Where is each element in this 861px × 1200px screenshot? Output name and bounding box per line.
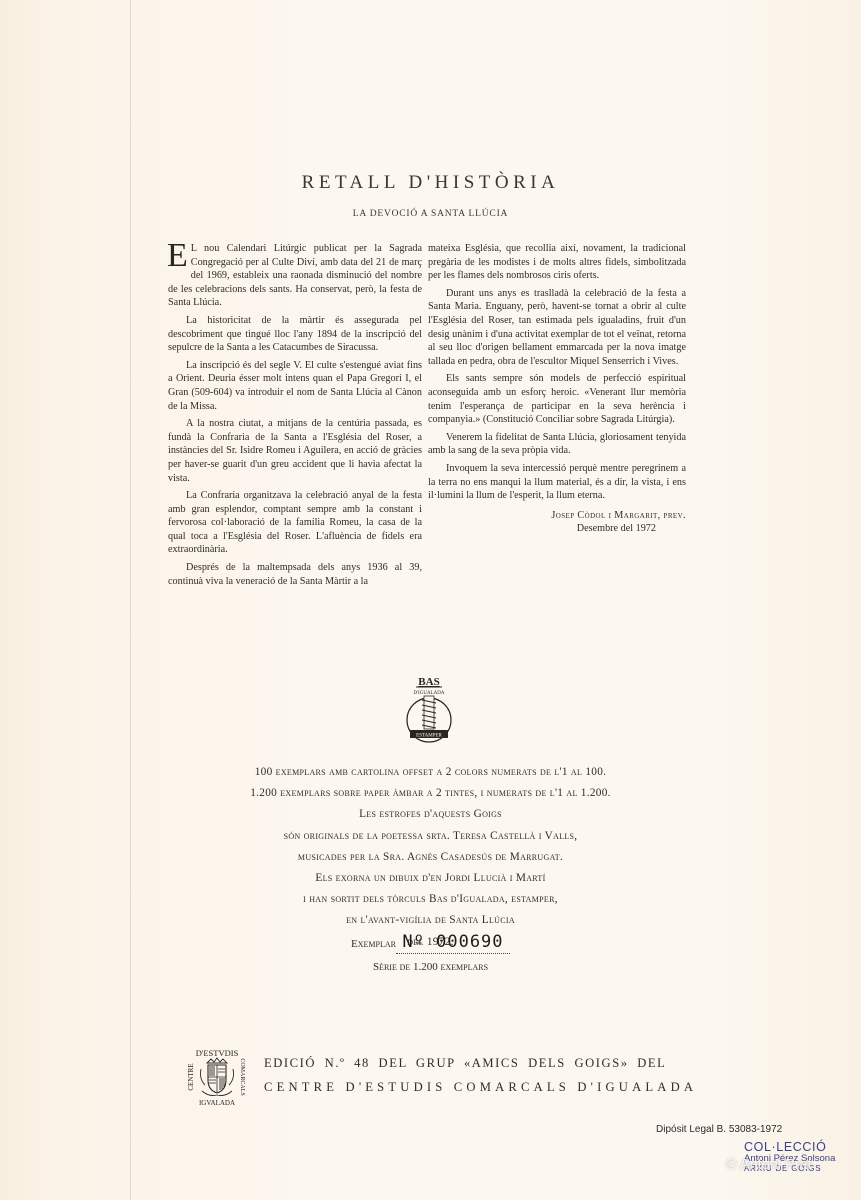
svg-text:CENTRE: CENTRE <box>187 1063 195 1090</box>
printing-press-screw-icon: BAS D'IGUALADA ESTAMPER <box>402 674 456 746</box>
article-paragraph: Invoquem la seva intercessió perquè ment… <box>428 462 686 503</box>
svg-text:ESTAMPER: ESTAMPER <box>416 734 442 739</box>
drop-cap-letter: E <box>167 242 188 270</box>
article-paragraph: mateixa Església, que recollia així, nov… <box>428 242 686 283</box>
svg-text:COMARCALS: COMARCALS <box>239 1058 245 1095</box>
colophon-line: Els exorna un dibuix d'en Jordi Llucià i… <box>0 868 861 889</box>
colophon: 100 exemplars amb cartolina offset a 2 c… <box>0 762 861 953</box>
article-paragraph: Els sants sempre són models de perfecció… <box>428 372 686 426</box>
edition-line: EDICIÓ N.º 48 DEL GRUP «AMICS DELS GOIGS… <box>264 1056 697 1071</box>
coat-of-arms-icon: D'ESTVDIS IGVALADA CENTRE COMARCALS <box>187 1047 247 1107</box>
printer-press-logo: BAS D'IGUALADA ESTAMPER <box>402 674 456 746</box>
article-paragraph: La Confraria organitzava la celebració a… <box>168 489 422 557</box>
svg-text:D'ESTVDIS: D'ESTVDIS <box>196 1048 239 1058</box>
stamp-line: COL·LECCIÓ <box>744 1140 835 1154</box>
author-signature: Josep Còdol i Margarit, prev. <box>428 509 686 523</box>
article-paragraph: Durant uns anys es traslladà la celebrac… <box>428 287 686 369</box>
signature-date: Desembre del 1972 <box>428 522 656 536</box>
article-paragraph: La inscripció és del segle V. El culte s… <box>168 359 422 413</box>
article-paragraph: Després de la maltempsada dels anys 1936… <box>168 561 422 588</box>
edition-notice: EDICIÓ N.º 48 DEL GRUP «AMICS DELS GOIGS… <box>264 1056 697 1095</box>
exemplar-number-row: ExemplarNº 000690 <box>0 932 861 954</box>
colophon-line: en l'avant-vigília de Santa Llúcia <box>0 910 861 931</box>
colophon-line: Les estrofes d'aquests Goigs <box>0 804 861 825</box>
article-paragraph: La historicitat de la màrtir és assegura… <box>168 314 422 355</box>
centre-estudis-emblem: D'ESTVDIS IGVALADA CENTRE COMARCALS <box>187 1047 247 1107</box>
svg-text:IGVALADA: IGVALADA <box>199 1099 235 1107</box>
svg-text:BAS: BAS <box>418 676 439 688</box>
copyright-watermark: © Antoni Prat <box>726 1157 812 1173</box>
publisher-line: CENTRE D'ESTUDIS COMARCALS D'IGUALADA <box>264 1080 697 1095</box>
colophon-line: 100 exemplars amb cartolina offset a 2 c… <box>0 762 861 783</box>
svg-text:D'IGUALADA: D'IGUALADA <box>414 691 445 696</box>
colophon-line: i han sortit dels tòrculs Bas d'Igualada… <box>0 889 861 910</box>
page-title: RETALL D'HISTÒRIA <box>0 172 861 194</box>
article-paragraph: Venerem la fidelitat de Santa Llúcia, gl… <box>428 431 686 458</box>
exemplar-number: Nº 000690 <box>396 932 510 954</box>
article-paragraph: EL nou Calendari Litúrgic publicat per l… <box>168 242 422 310</box>
page-subtitle: LA DEVOCIÓ A SANTA LLÚCIA <box>0 209 861 219</box>
article-left-column: EL nou Calendari Litúrgic publicat per l… <box>168 242 422 592</box>
article-right-column: mateixa Església, que recollia així, nov… <box>428 242 686 536</box>
colophon-line: 1.200 exemplars sobre paper àmbar a 2 ti… <box>0 783 861 804</box>
legal-deposit: Dipósit Legal B. 53083-1972 <box>656 1124 782 1135</box>
series-count: Sèrie de 1.200 exemplars <box>0 961 861 973</box>
exemplar-label: Exemplar <box>351 938 396 950</box>
colophon-line: musicades per la Sra. Agnès Casadesús de… <box>0 847 861 868</box>
article-paragraph: A la nostra ciutat, a mitjans de la cent… <box>168 417 422 485</box>
colophon-line: són originals de la poetessa srta. Teres… <box>0 826 861 847</box>
